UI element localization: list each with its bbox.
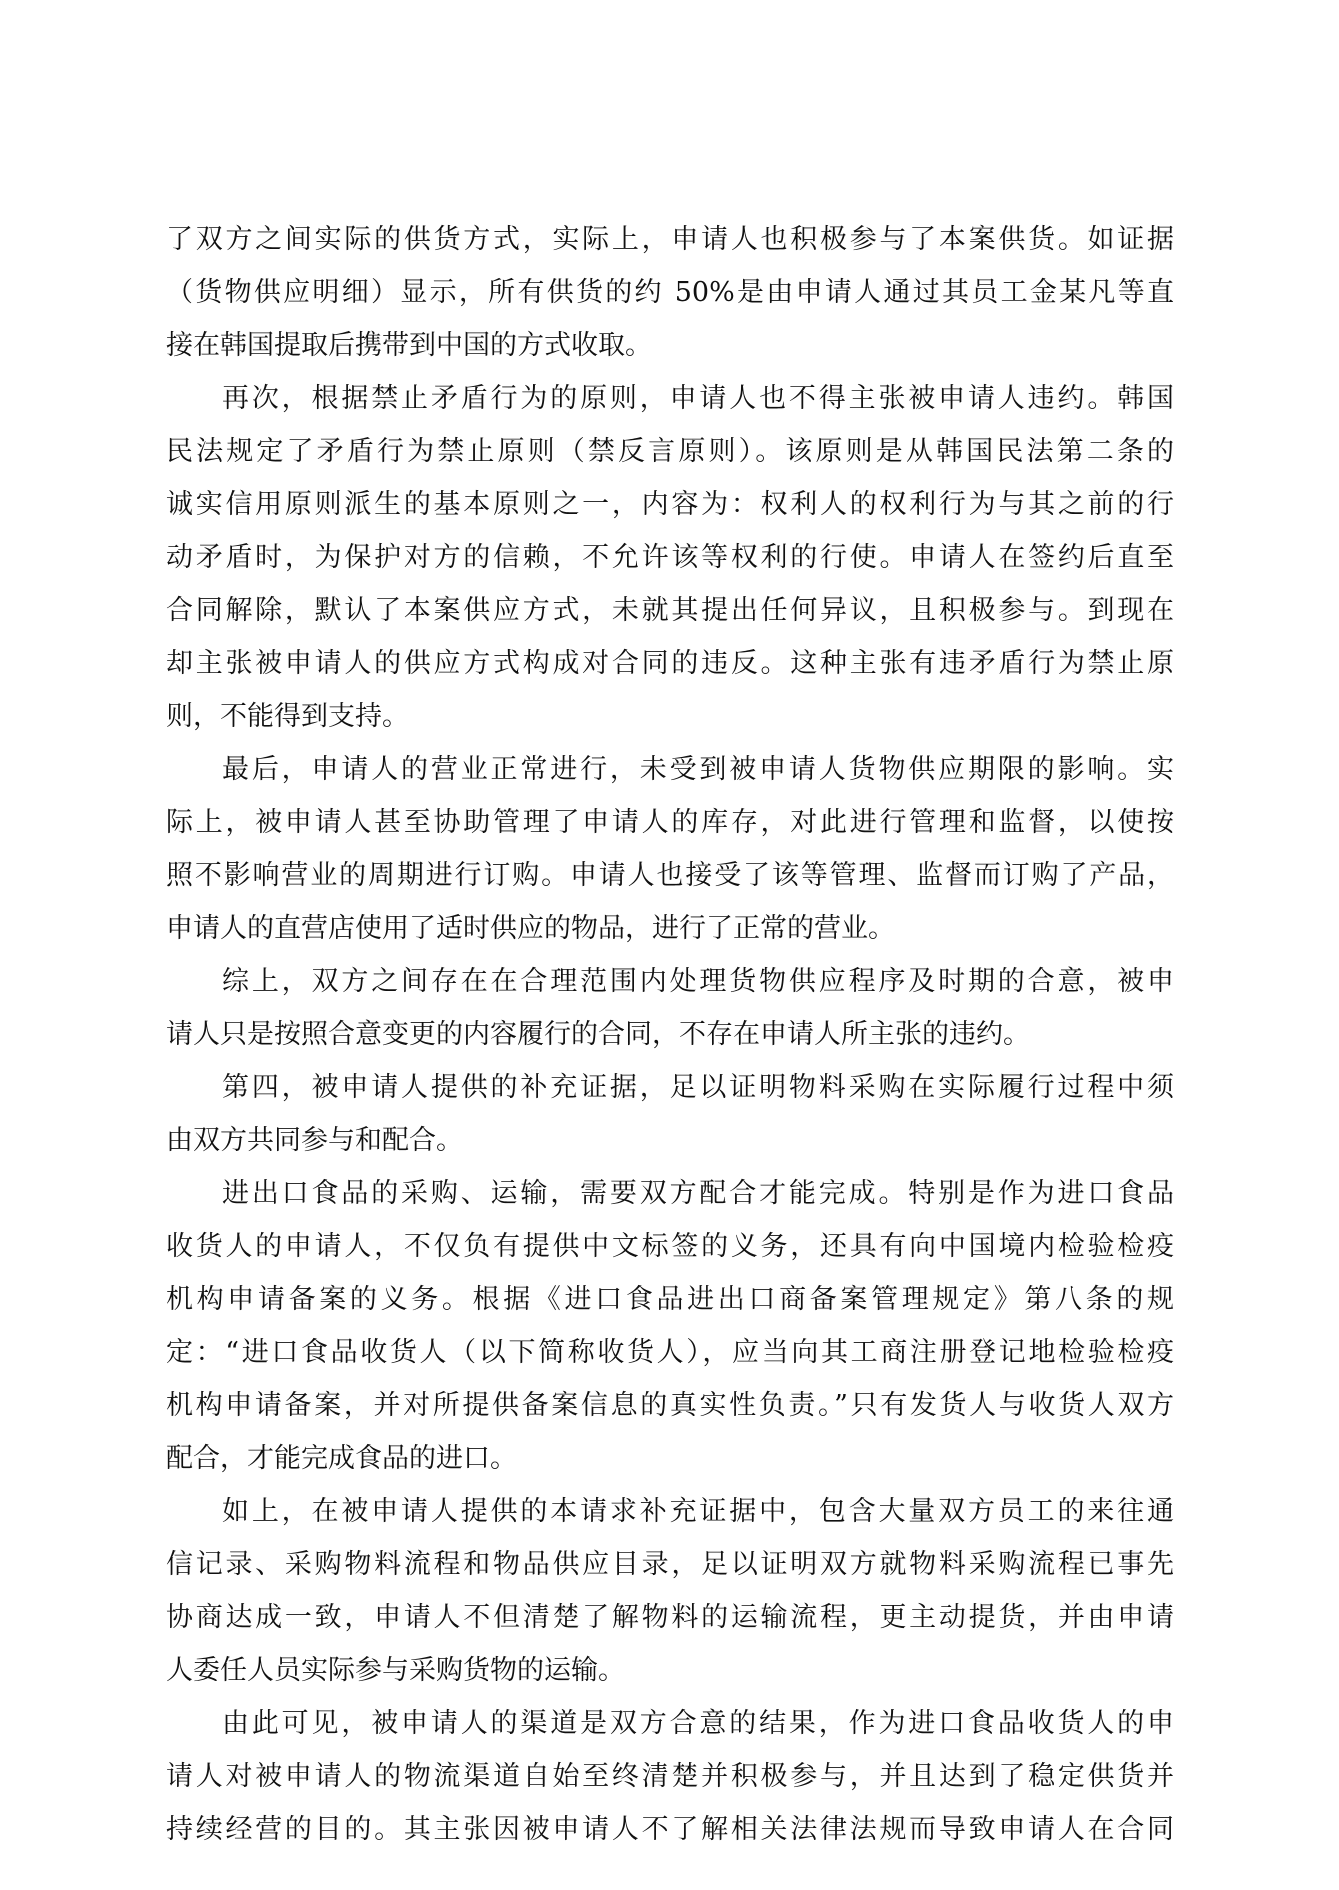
text-line: 由双方共同参与和配合。: [166, 1114, 1174, 1167]
text-line: 第四，被申请人提供的补充证据，足以证明物料采购在实际履行过程中须: [166, 1061, 1174, 1114]
text-line: 申请人的直营店使用了适时供应的物品，进行了正常的营业。: [166, 902, 1174, 955]
text-line: 持续经营的目的。其主张因被申请人不了解相关法律法规而导致申请人在合同: [166, 1803, 1174, 1856]
text-line: 定：“进口食品收货人（以下简称收货人），应当向其工商注册登记地检验检疫: [166, 1326, 1174, 1379]
text-line: 请人对被申请人的物流渠道自始至终清楚并积极参与，并且达到了稳定供货并: [166, 1750, 1174, 1803]
text-line: 如上，在被申请人提供的本请求补充证据中，包含大量双方员工的来往通: [166, 1485, 1174, 1538]
text-line: 际上，被申请人甚至协助管理了申请人的库存，对此进行管理和监督，以使按: [166, 796, 1174, 849]
text-line: 由此可见，被申请人的渠道是双方合意的结果，作为进口食品收货人的申: [166, 1697, 1174, 1750]
text-line: 机构申请备案，并对所提供备案信息的真实性负责。”只有发货人与收货人双方: [166, 1379, 1174, 1432]
text-line: 动矛盾时，为保护对方的信赖，不允许该等权利的行使。申请人在签约后直至: [166, 531, 1174, 584]
paragraph-7: 如上，在被申请人提供的本请求补充证据中，包含大量双方员工的来往通 信记录、采购物…: [166, 1485, 1174, 1697]
text-line: 接在韩国提取后携带到中国的方式收取。: [166, 319, 1174, 372]
paragraph-6: 进出口食品的采购、运输，需要双方配合才能完成。特别是作为进口食品 收货人的申请人…: [166, 1167, 1174, 1485]
text-line: 则，不能得到支持。: [166, 690, 1174, 743]
paragraph-8: 由此可见，被申请人的渠道是双方合意的结果，作为进口食品收货人的申 请人对被申请人…: [166, 1697, 1174, 1856]
text-line: 民法规定了矛盾行为禁止原则（禁反言原则）。该原则是从韩国民法第二条的: [166, 425, 1174, 478]
text-line: 合同解除，默认了本案供应方式，未就其提出任何异议，且积极参与。到现在: [166, 584, 1174, 637]
text-line: 请人只是按照合意变更的内容履行的合同，不存在申请人所主张的违约。: [166, 1008, 1174, 1061]
text-line: 最后，申请人的营业正常进行，未受到被申请人货物供应期限的影响。实: [166, 743, 1174, 796]
document-page: 了双方之间实际的供货方式，实际上，申请人也积极参与了本案供货。如证据 （货物供应…: [166, 213, 1174, 1856]
text-line: 进出口食品的采购、运输，需要双方配合才能完成。特别是作为进口食品: [166, 1167, 1174, 1220]
paragraph-1: 了双方之间实际的供货方式，实际上，申请人也积极参与了本案供货。如证据 （货物供应…: [166, 213, 1174, 372]
text-line: 协商达成一致，申请人不但清楚了解物料的运输流程，更主动提货，并由申请: [166, 1591, 1174, 1644]
text-line: 照不影响营业的周期进行订购。申请人也接受了该等管理、监督而订购了产品，: [166, 849, 1174, 902]
text-line: 综上，双方之间存在在合理范围内处理货物供应程序及时期的合意，被申: [166, 955, 1174, 1008]
text-line: 了双方之间实际的供货方式，实际上，申请人也积极参与了本案供货。如证据: [166, 213, 1174, 266]
text-line: 配合，才能完成食品的进口。: [166, 1432, 1174, 1485]
text-line: 机构申请备案的义务。根据《进口食品进出口商备案管理规定》第八条的规: [166, 1273, 1174, 1326]
paragraph-4: 综上，双方之间存在在合理范围内处理货物供应程序及时期的合意，被申 请人只是按照合…: [166, 955, 1174, 1061]
text-line: 再次，根据禁止矛盾行为的原则，申请人也不得主张被申请人违约。韩国: [166, 372, 1174, 425]
text-line: 人委任人员实际参与采购货物的运输。: [166, 1644, 1174, 1697]
paragraph-3: 最后，申请人的营业正常进行，未受到被申请人货物供应期限的影响。实 际上，被申请人…: [166, 743, 1174, 955]
text-line: 信记录、采购物料流程和物品供应目录，足以证明双方就物料采购流程已事先: [166, 1538, 1174, 1591]
paragraph-5: 第四，被申请人提供的补充证据，足以证明物料采购在实际履行过程中须 由双方共同参与…: [166, 1061, 1174, 1167]
text-line: 诚实信用原则派生的基本原则之一，内容为：权利人的权利行为与其之前的行: [166, 478, 1174, 531]
text-line: 收货人的申请人，不仅负有提供中文标签的义务，还具有向中国境内检验检疫: [166, 1220, 1174, 1273]
text-line: （货物供应明细）显示，所有供货的约 50%是由申请人通过其员工金某凡等直: [166, 266, 1174, 319]
paragraph-2: 再次，根据禁止矛盾行为的原则，申请人也不得主张被申请人违约。韩国 民法规定了矛盾…: [166, 372, 1174, 743]
text-line: 却主张被申请人的供应方式构成对合同的违反。这种主张有违矛盾行为禁止原: [166, 637, 1174, 690]
